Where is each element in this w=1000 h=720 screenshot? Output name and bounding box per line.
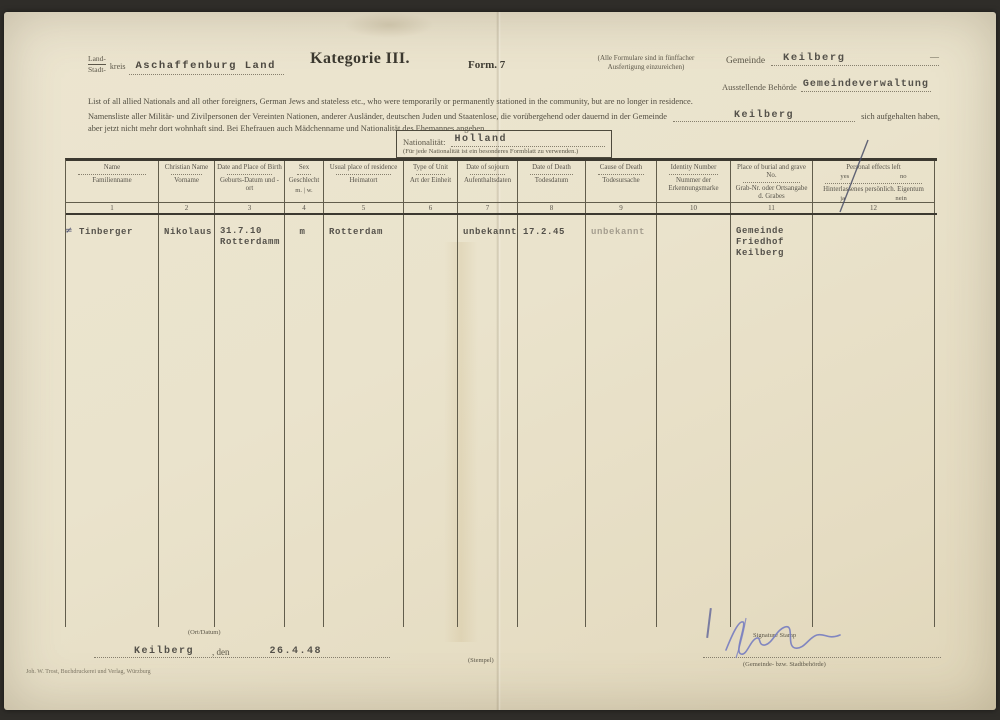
cell-unit (404, 215, 458, 627)
header-separator (297, 174, 311, 175)
cell-name: ≠ Tinberger (66, 215, 159, 627)
gemeinde-inline-field: Keilberg (673, 108, 855, 122)
christian-name-value: Nikolaus (164, 227, 212, 237)
form-number: Form. 7 (468, 59, 505, 71)
death-cause-value: unbekannt (591, 227, 645, 237)
header-separator (669, 174, 718, 175)
kreis-value: Aschaffenburg Land (135, 60, 275, 72)
header-unit-de: Art der Einheit (406, 177, 455, 185)
nationality-value: Holland (455, 134, 508, 145)
sex-value: m (299, 227, 305, 237)
pen-check-mark: ≠ (66, 226, 73, 237)
copies-note: (Alle Formulare sind in fünffacher Ausfe… (580, 54, 712, 71)
column-number: 11 (731, 202, 812, 213)
header-sojourn: Date of sojourn Aufenthaltsdaten 7 (458, 161, 518, 213)
instructions-english: List of all allied Nationals and all oth… (88, 96, 940, 108)
stamp-caption: (Stempel) (468, 657, 494, 664)
handwritten-signature (716, 610, 848, 662)
header-sex: Sex Geschlecht m. | w. 4 (285, 161, 324, 213)
residence-value: Rotterdam (329, 227, 383, 237)
kreis-label: kreis (110, 62, 126, 71)
header-christian-name-de: Vorname (161, 177, 212, 185)
copies-note-line2: Ausfertigung einzureichen) (580, 63, 712, 72)
gemeinde-label: Gemeinde (726, 56, 765, 66)
header-identity: Identity Number Nummer der Erkennungsmar… (657, 161, 731, 213)
header-burial-en: Place of burial and grave No. (733, 164, 810, 180)
header-name-de: Familienname (68, 177, 156, 185)
header-sex-en: Sex (287, 164, 321, 172)
no-label: no (900, 173, 907, 181)
header-separator (171, 174, 202, 175)
header-sojourn-en: Date of sojourn (460, 164, 515, 172)
column-number: 3 (215, 202, 284, 213)
cell-birth: 31.7.10 Rotterdamm (215, 215, 285, 627)
burial-value-line2: Friedhof (736, 237, 809, 248)
header-birth-en: Date and Place of Birth (217, 164, 282, 172)
header-death-date-en: Date of Death (520, 164, 583, 172)
gemeinde-value: Keilberg (783, 52, 845, 64)
header-separator (78, 174, 146, 175)
authority-value: Gemeindeverwaltung (803, 79, 929, 90)
land-stadt-label: Land- Stadt- (88, 55, 106, 74)
sojourn-value: unbekannt (463, 227, 517, 237)
copies-note-line1: (Alle Formulare sind in fünffacher (580, 54, 712, 63)
name-value: Tinberger (79, 227, 133, 237)
column-number: 2 (159, 202, 214, 213)
authority-caption: (Gemeinde- bzw. Stadtbehörde) (743, 661, 826, 668)
place-value: Keilberg (134, 646, 194, 657)
line-end-dash: — (930, 52, 939, 64)
header-sex-mw: m. | w. (287, 187, 321, 195)
cell-sojourn: unbekannt (458, 215, 518, 627)
cell-effects (813, 215, 935, 627)
cell-death-cause: unbekannt (586, 215, 657, 627)
header-separator (227, 174, 272, 175)
header-name-en: Name (68, 164, 156, 172)
district-field: Land- Stadt- kreis Aschaffenburg Land (88, 53, 284, 75)
header-unit: Type of Unit Art der Einheit 6 (404, 161, 458, 213)
column-number: 10 (657, 202, 730, 213)
column-number: 8 (518, 202, 585, 213)
header-unit-en: Type of Unit (406, 164, 455, 172)
column-number: 4 (285, 202, 323, 213)
nationality-box: Nationalität: Holland (Für jede National… (396, 130, 612, 158)
header-birth: Date and Place of Birth Geburts-Datum un… (215, 161, 285, 213)
column-number: 5 (324, 202, 403, 213)
header-name: Name Familienname 1 (66, 161, 159, 213)
nationality-note: (Für jede Nationalität ist ein besondere… (403, 148, 605, 155)
header-separator (530, 174, 573, 175)
column-number: 7 (458, 202, 517, 213)
place-date-caption: (Ort/Datum) (188, 629, 221, 636)
header-death-cause-en: Cause of Death (588, 164, 654, 172)
nationality-value-field: Holland (451, 133, 606, 147)
record-table: Name Familienname 1 Christian Name Vorna… (65, 158, 937, 627)
gemeinde-inline-value: Keilberg (734, 110, 794, 121)
header-sojourn-de: Aufenthaltsdaten (460, 177, 515, 185)
page-title: Kategorie III. (300, 50, 420, 68)
header-death-date-de: Todesdatum (520, 177, 583, 185)
header-separator (598, 174, 644, 175)
header-burial: Place of burial and grave No. Grab-Nr. o… (731, 161, 813, 213)
header-separator (336, 174, 391, 175)
death-date-value: 17.2.45 (523, 227, 565, 237)
header-death-cause-de: Todesursache (588, 177, 654, 185)
header-identity-de: Nummer der Erkennungsmarke (659, 177, 728, 193)
cell-identity (657, 215, 731, 627)
gemeinde-field: Gemeinde Keilberg — (726, 52, 939, 66)
nationality-label: Nationalität: (403, 137, 446, 147)
printer-imprint: Joh. W. Trost, Buchdruckerei und Verlag,… (26, 669, 151, 675)
header-sex-de: Geschlecht (287, 177, 321, 185)
gemeinde-value-field: Keilberg — (771, 52, 939, 66)
authority-label: Ausstellende Behörde (722, 82, 797, 92)
header-residence-en: Usual place of residence (326, 164, 401, 172)
paper-stain (344, 12, 434, 38)
cell-burial: Gemeinde Friedhof Keilberg (731, 215, 813, 627)
header-death-date: Date of Death Todesdatum 8 (518, 161, 586, 213)
cell-christian-name: Nikolaus (159, 215, 215, 627)
birth-place-value: Rotterdamm (220, 237, 281, 248)
authority-value-field: Gemeindeverwaltung (801, 78, 931, 92)
column-number: 1 (66, 202, 158, 213)
place-date-line: Keilberg , den 26.4.48 (94, 642, 390, 658)
header-christian-name: Christian Name Vorname 2 (159, 161, 215, 213)
instructions-german-line: Namensliste aller Militär- und Zivilpers… (88, 108, 940, 123)
column-number: 9 (586, 202, 656, 213)
den-label: , den (212, 647, 230, 657)
nationality-line: Nationalität: Holland (403, 133, 605, 147)
header-birth-de: Geburts-Datum und -ort (217, 177, 282, 193)
kreis-value-field: Aschaffenburg Land (129, 55, 283, 75)
authority-field: Ausstellende Behörde Gemeindeverwaltung (722, 78, 931, 92)
header-separator (470, 174, 505, 175)
burial-value-line1: Gemeinde (736, 226, 809, 237)
stadt-label: Stadt- (88, 66, 106, 74)
header-separator (416, 174, 445, 175)
column-number: 6 (404, 202, 457, 213)
header-christian-name-en: Christian Name (161, 164, 212, 172)
cell-death-date: 17.2.45 (518, 215, 586, 627)
header-separator (743, 182, 800, 183)
pen-stroke-mark (830, 136, 878, 222)
header-identity-en: Identity Number (659, 164, 728, 172)
burial-value-line3: Keilberg (736, 248, 809, 259)
header-burial-de: Grab-Nr. oder Ortsangabe d. Grabes (733, 185, 810, 201)
form-document-page: Land- Stadt- kreis Aschaffenburg Land Ka… (4, 12, 996, 710)
header-residence-de: Heimatort (326, 177, 401, 185)
instructions-german-tail: sich aufgehalten haben, (861, 111, 940, 123)
birth-date-value: 31.7.10 (220, 226, 281, 237)
cell-residence: Rotterdam (324, 215, 404, 627)
table-body-row: ≠ Tinberger Nikolaus 31.7.10 Rotterdamm … (66, 215, 937, 627)
instructions-german: Namensliste aller Militär- und Zivilpers… (88, 111, 667, 123)
table-header-row: Name Familienname 1 Christian Name Vorna… (66, 161, 937, 215)
cell-sex: m (285, 215, 324, 627)
header-residence: Usual place of residence Heimatort 5 (324, 161, 404, 213)
land-label: Land- (88, 55, 106, 63)
date-value: 26.4.48 (270, 646, 323, 657)
header-death-cause: Cause of Death Todesursache 9 (586, 161, 657, 213)
